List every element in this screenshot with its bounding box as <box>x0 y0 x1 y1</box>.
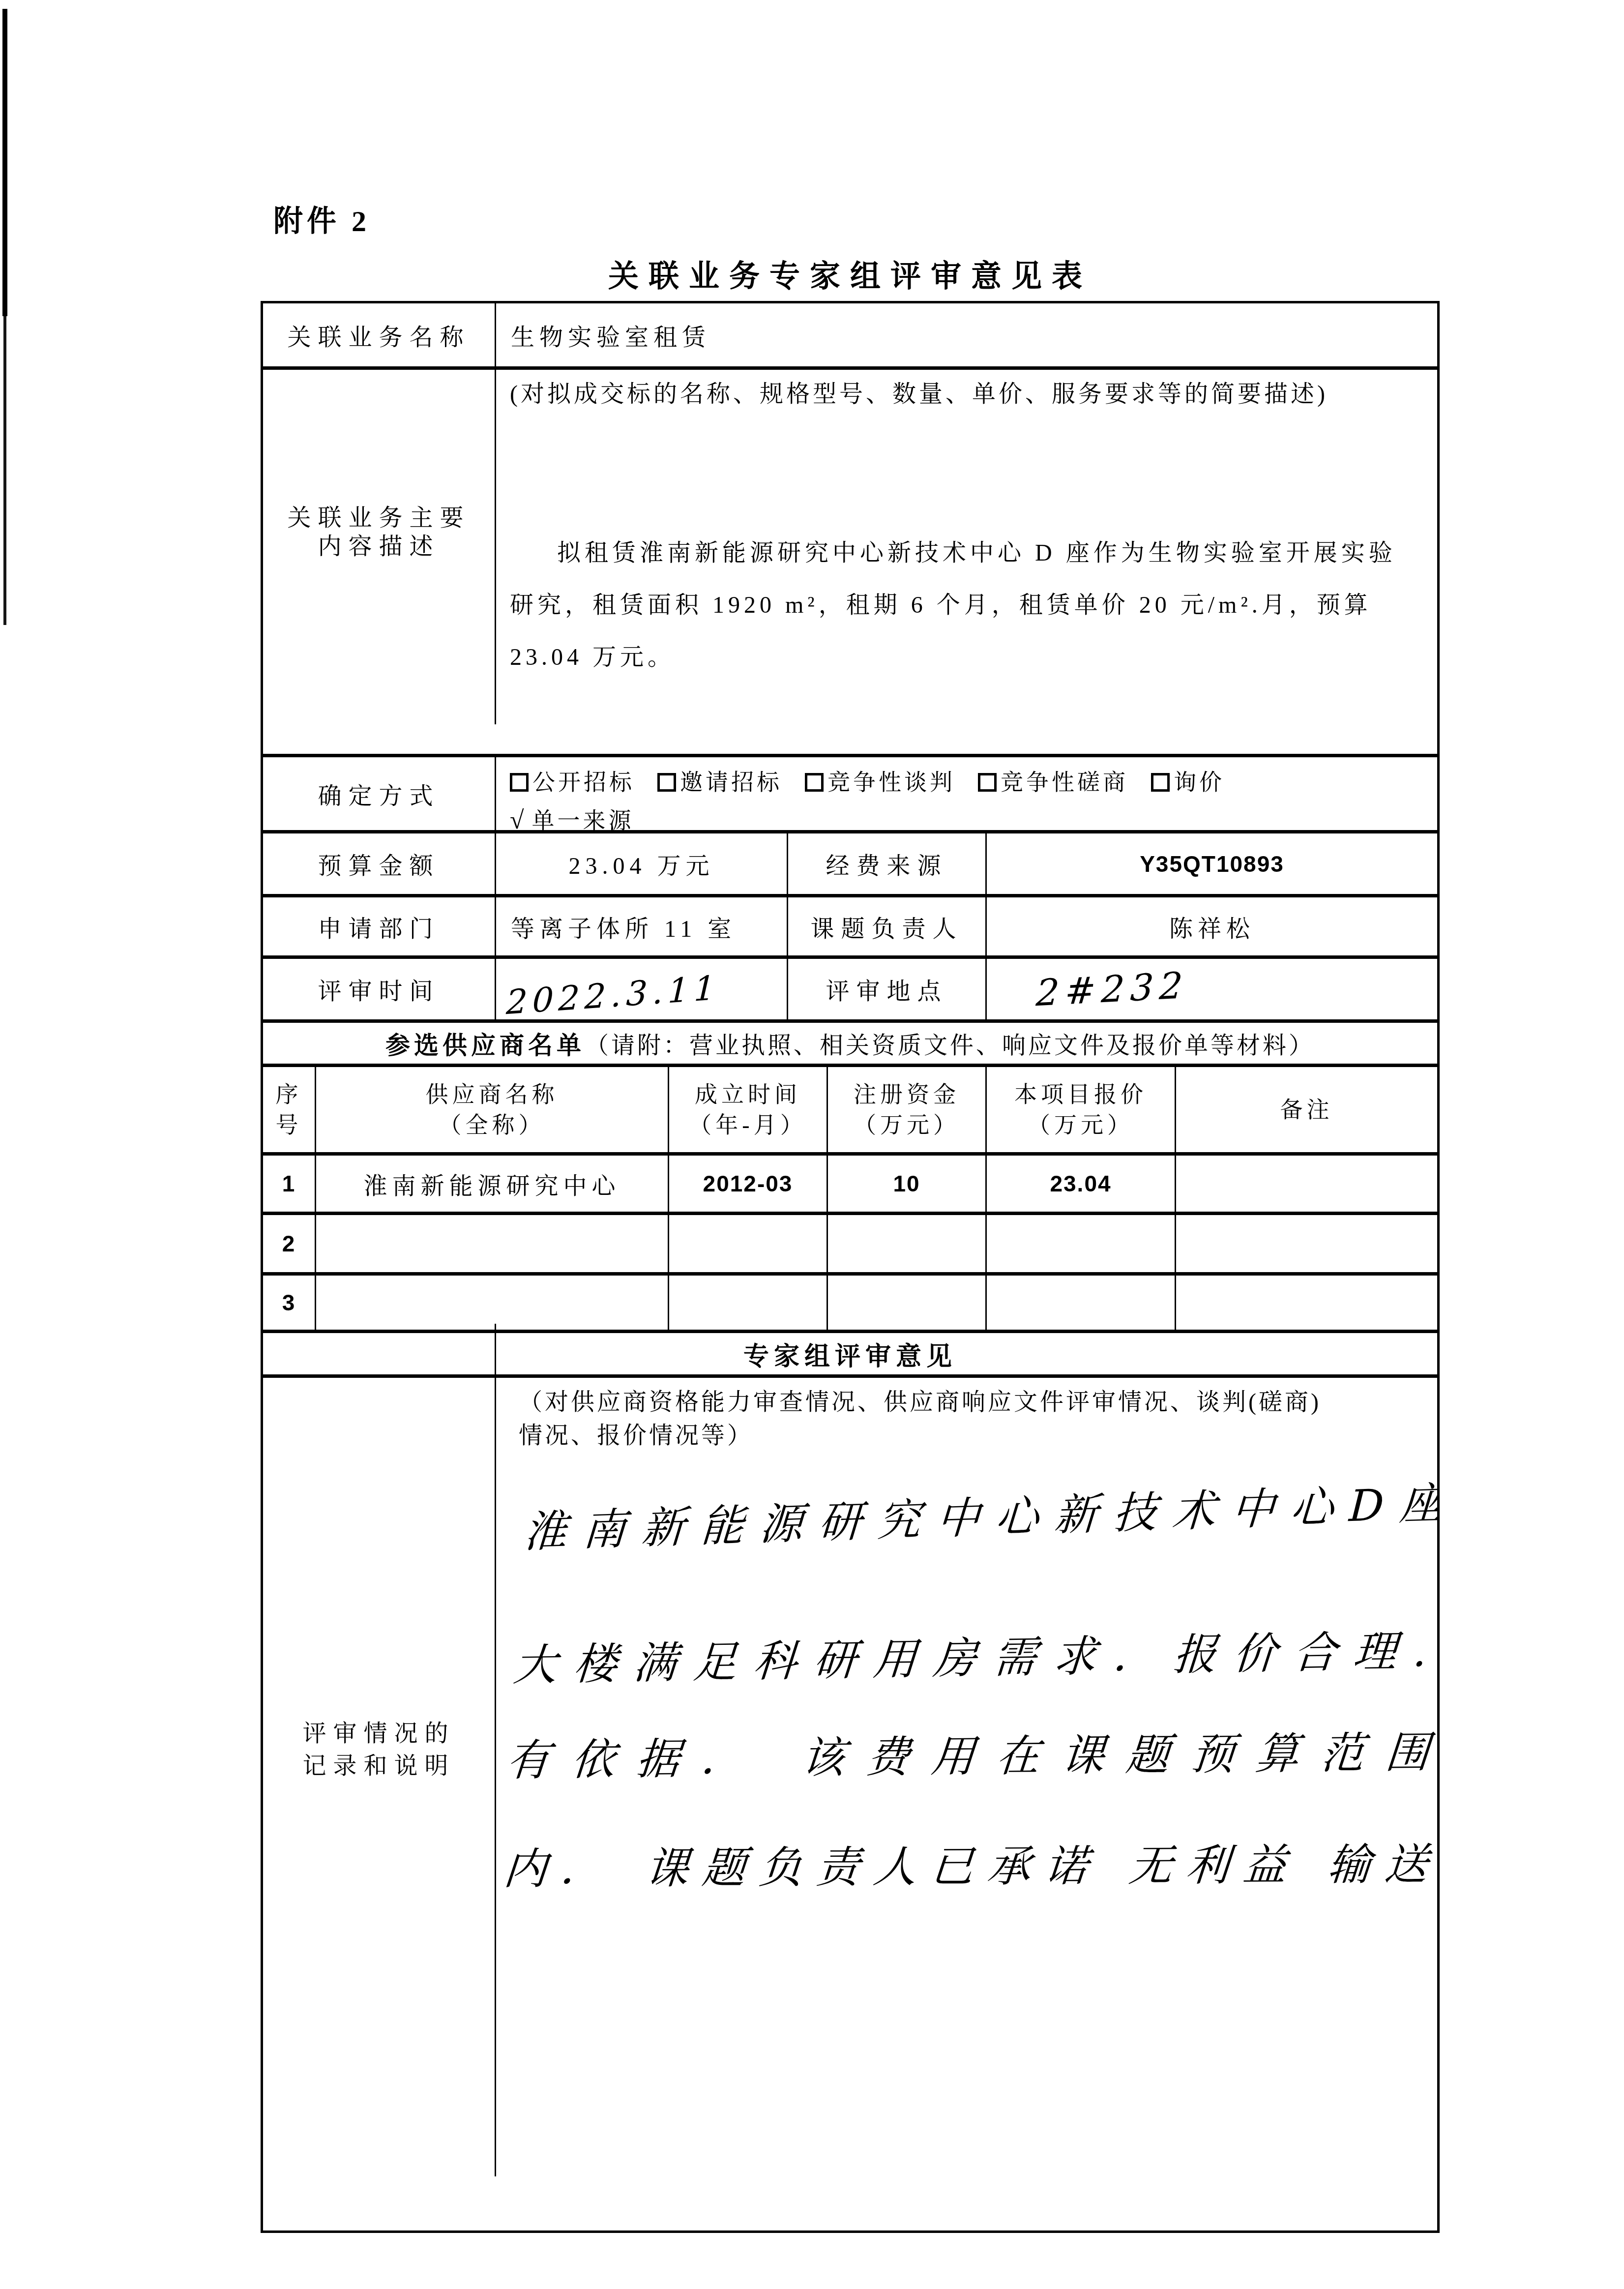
review-place-label: 评审地点 <box>826 972 947 1006</box>
record-value-cell: （对供应商资格能力审查情况、供应商响应文件评审情况、谈判(磋商) 情况、报价情况… <box>496 1378 1437 2230</box>
option-inquiry-label: 询价 <box>1174 764 1225 801</box>
checkmark-icon: √ <box>510 803 527 830</box>
option-public-bidding-label: 公开招标 <box>532 764 635 801</box>
funding-label: 经费来源 <box>826 847 947 881</box>
option-competitive-negotiation-label: 竞争性谈判 <box>827 764 955 801</box>
attachment-label: 附件 2 <box>273 198 618 243</box>
page-title: 关联业务专家组评审意见表 <box>261 252 1440 294</box>
method-label-cell: 确定方式 <box>263 757 496 830</box>
record-label-cell: 评审情况的 记录和说明 <box>263 1324 496 2176</box>
header-remark-cell: 备注 <box>1176 1067 1437 1152</box>
header-name-line1: 供应商名称 <box>426 1079 559 1110</box>
handwritten-opinion-line1: 淮南新能源研究中心新技术中心D座 <box>522 1468 1437 1560</box>
supplier-1-founded-cell: 2012-03 <box>669 1156 828 1212</box>
main-content-label-line1: 关联业务主要 <box>287 504 470 533</box>
scan-artifact-left-line-lower <box>3 316 6 625</box>
header-index-line2: 号 <box>276 1110 302 1140</box>
supplier-row-2: 2 <box>263 1215 1437 1276</box>
method-options: 公开招标 邀请招标 竞争性谈判 竞争性磋商 <box>510 764 1247 801</box>
leader-value-cell: 陈祥松 <box>987 897 1437 955</box>
leader-value: 陈祥松 <box>1169 910 1255 944</box>
supplier-1-name-cell: 淮南新能源研究中心 <box>316 1156 669 1212</box>
header-index-cell: 序 号 <box>263 1067 316 1152</box>
supplier-1-index-cell: 1 <box>263 1156 316 1212</box>
supplier-2-founded-cell <box>669 1215 828 1272</box>
review-place-value-cell: 2#232 <box>987 959 1437 1019</box>
header-quote-line2: （万元） <box>1028 1110 1134 1140</box>
supplier-2-remark-cell <box>1176 1215 1437 1272</box>
department-value: 等离子体所 11 室 <box>511 910 736 944</box>
row-supplier-table-headers: 序 号 供应商名称 （全称） 成立时间 （年-月） 注册资金 （万元） 本项目报… <box>263 1067 1437 1156</box>
checkbox-public-bidding-icon <box>510 773 529 792</box>
method-selected-label: 单一来源 <box>532 803 634 830</box>
option-public-bidding: 公开招标 <box>510 764 635 801</box>
header-index-line1: 序 <box>276 1079 302 1110</box>
handwritten-opinion-line4: 内． 课题负责人已承诺 无利益 输送. <box>502 1830 1437 1897</box>
header-capital-cell: 注册资金 （万元） <box>828 1067 987 1152</box>
header-name-line2: （全称） <box>439 1110 545 1140</box>
budget-label: 预算金额 <box>318 847 440 881</box>
row-department-leader: 申请部门 等离子体所 11 室 课题负责人 陈祥松 <box>263 897 1437 959</box>
funding-value: Y35QT10893 <box>1140 851 1284 877</box>
supplier-3-index-cell: 3 <box>263 1276 316 1330</box>
main-content-label-line2: 内容描述 <box>318 533 440 561</box>
scan-artifact-left-line-upper <box>2 9 7 316</box>
main-content-value-cell: (对拟成交标的名称、规格型号、数量、单价、服务要求等的简要描述) 拟租赁淮南新能… <box>496 370 1437 754</box>
supplier-3-quote-cell <box>987 1276 1176 1330</box>
funding-label-cell: 经费来源 <box>788 833 987 894</box>
supplier-3-index: 3 <box>282 1289 296 1316</box>
option-invited-bidding-label: 邀请招标 <box>680 764 782 801</box>
record-note-line2: 情况、报价情况等） <box>519 1423 753 1449</box>
review-time-label-cell: 评审时间 <box>263 959 496 1019</box>
supplier-3-founded-cell <box>669 1276 828 1330</box>
supplier-3-capital-cell <box>828 1276 987 1330</box>
record-note-line1: （对供应商资格能力审查情况、供应商响应文件评审情况、谈判(磋商) <box>519 1389 1321 1415</box>
scanned-document-page: 附件 2 关联业务专家组评审意见表 关联业务名称 生物实验室租赁 关联业务主要 … <box>0 0 1624 2289</box>
row-supplier-section-header: 参选供应商名单 （请附：营业执照、相关资质文件、响应文件及报价单等材料） <box>263 1023 1437 1067</box>
supplier-section-title: 参选供应商名单 <box>385 1026 585 1061</box>
budget-label-cell: 预算金额 <box>263 833 496 894</box>
supplier-1-quote: 23.04 <box>1050 1170 1111 1197</box>
budget-value: 23.04 万元 <box>568 847 714 881</box>
supplier-3-remark-cell <box>1176 1276 1437 1330</box>
department-value-cell: 等离子体所 11 室 <box>496 897 788 955</box>
method-label: 确定方式 <box>318 777 440 811</box>
row-time-place: 评审时间 2022.3.11 评审地点 2#232 <box>263 959 1437 1023</box>
business-name-value: 生物实验室租赁 <box>511 318 710 352</box>
budget-value-cell: 23.04 万元 <box>496 833 788 894</box>
opinion-section-title: 专家组评审意见 <box>743 1336 957 1372</box>
supplier-3-name-cell <box>316 1276 669 1330</box>
supplier-1-index: 1 <box>282 1170 296 1197</box>
header-founded-line1: 成立时间 <box>695 1079 801 1110</box>
header-capital-line2: （万元） <box>854 1110 960 1140</box>
supplier-2-name-cell <box>316 1215 669 1272</box>
header-quote-line1: 本项目报价 <box>1014 1079 1147 1110</box>
header-remark: 备注 <box>1280 1095 1333 1125</box>
department-label: 申请部门 <box>318 910 440 944</box>
checkbox-inquiry-icon <box>1151 773 1170 792</box>
supplier-1-quote-cell: 23.04 <box>987 1156 1176 1212</box>
review-time-handwritten-value: 2022.3.11 <box>505 969 721 1019</box>
handwritten-opinion-line2: 大楼满足科研用房需求．报价合理. <box>512 1616 1437 1693</box>
main-content-description: 拟租赁淮南新能源研究中心新技术中心 D 座作为生物实验室开展实验研究，租赁面积 … <box>510 527 1415 684</box>
main-content-label-cell: 关联业务主要 内容描述 <box>263 340 496 724</box>
record-label-line1: 评审情况的 <box>302 1718 455 1750</box>
option-competitive-consultation-label: 竞争性磋商 <box>1001 764 1128 801</box>
record-label-line2: 记录和说明 <box>302 1750 455 1783</box>
review-time-label: 评审时间 <box>318 972 440 1006</box>
leader-label: 课题负责人 <box>810 910 963 944</box>
record-note: （对供应商资格能力审查情况、供应商响应文件评审情况、谈判(磋商) 情况、报价情况… <box>519 1386 1418 1453</box>
row-opinion-record: 评审情况的 记录和说明 （对供应商资格能力审查情况、供应商响应文件评审情况、谈判… <box>263 1378 1437 2230</box>
supplier-1-capital-cell: 10 <box>828 1156 987 1212</box>
business-name-value-cell: 生物实验室租赁 <box>496 303 1437 366</box>
supplier-1-name: 淮南新能源研究中心 <box>363 1167 620 1201</box>
supplier-1-remark-cell <box>1176 1156 1437 1212</box>
supplier-1-capital: 10 <box>893 1170 920 1197</box>
checkbox-competitive-negotiation-icon <box>805 773 824 792</box>
header-capital-line1: 注册资金 <box>854 1079 960 1110</box>
review-place-handwritten-value: 2#232 <box>1035 964 1189 1014</box>
review-place-label-cell: 评审地点 <box>788 959 987 1019</box>
supplier-1-founded: 2012-03 <box>703 1170 793 1197</box>
option-inquiry: 询价 <box>1151 764 1225 801</box>
department-label-cell: 申请部门 <box>263 897 496 955</box>
header-founded-line2: （年-月） <box>689 1110 806 1140</box>
header-founded-cell: 成立时间 （年-月） <box>669 1067 828 1152</box>
option-competitive-negotiation: 竞争性谈判 <box>805 764 955 801</box>
option-invited-bidding: 邀请招标 <box>657 764 782 801</box>
method-value-cell: 公开招标 邀请招标 竞争性谈判 竞争性磋商 <box>496 757 1437 830</box>
row-method: 确定方式 公开招标 邀请招标 竞争性谈判 <box>263 757 1437 833</box>
supplier-2-index: 2 <box>282 1230 296 1257</box>
supplier-2-index-cell: 2 <box>263 1215 316 1272</box>
funding-value-cell: Y35QT10893 <box>987 833 1437 894</box>
header-name-cell: 供应商名称 （全称） <box>316 1067 669 1152</box>
handwritten-opinion-line3: 有依据． 该费用在课题预算范围 <box>504 1718 1437 1788</box>
checkbox-invited-bidding-icon <box>657 773 676 792</box>
leader-label-cell: 课题负责人 <box>788 897 987 955</box>
supplier-2-quote-cell <box>987 1215 1176 1272</box>
supplier-section-title-note: （请附：营业执照、相关资质文件、响应文件及报价单等材料） <box>585 1026 1315 1060</box>
supplier-row-1: 1 淮南新能源研究中心 2012-03 10 23.04 <box>263 1156 1437 1215</box>
option-competitive-consultation: 竞争性磋商 <box>978 764 1128 801</box>
method-selected: √ 单一来源 <box>510 803 634 830</box>
main-content-note: (对拟成交标的名称、规格型号、数量、单价、服务要求等的简要描述) <box>510 379 1328 410</box>
header-quote-cell: 本项目报价 （万元） <box>987 1067 1176 1152</box>
checkbox-competitive-consultation-icon <box>978 773 997 792</box>
review-form-table: 关联业务名称 生物实验室租赁 关联业务主要 内容描述 (对拟成交标的名称、规格型… <box>261 301 1440 2233</box>
row-main-content: 关联业务主要 内容描述 (对拟成交标的名称、规格型号、数量、单价、服务要求等的简… <box>263 370 1437 757</box>
review-time-value-cell: 2022.3.11 <box>496 959 788 1019</box>
supplier-section-header-cell: 参选供应商名单 （请附：营业执照、相关资质文件、响应文件及报价单等材料） <box>263 1023 1437 1064</box>
supplier-2-capital-cell <box>828 1215 987 1272</box>
row-budget-funding: 预算金额 23.04 万元 经费来源 Y35QT10893 <box>263 833 1437 897</box>
